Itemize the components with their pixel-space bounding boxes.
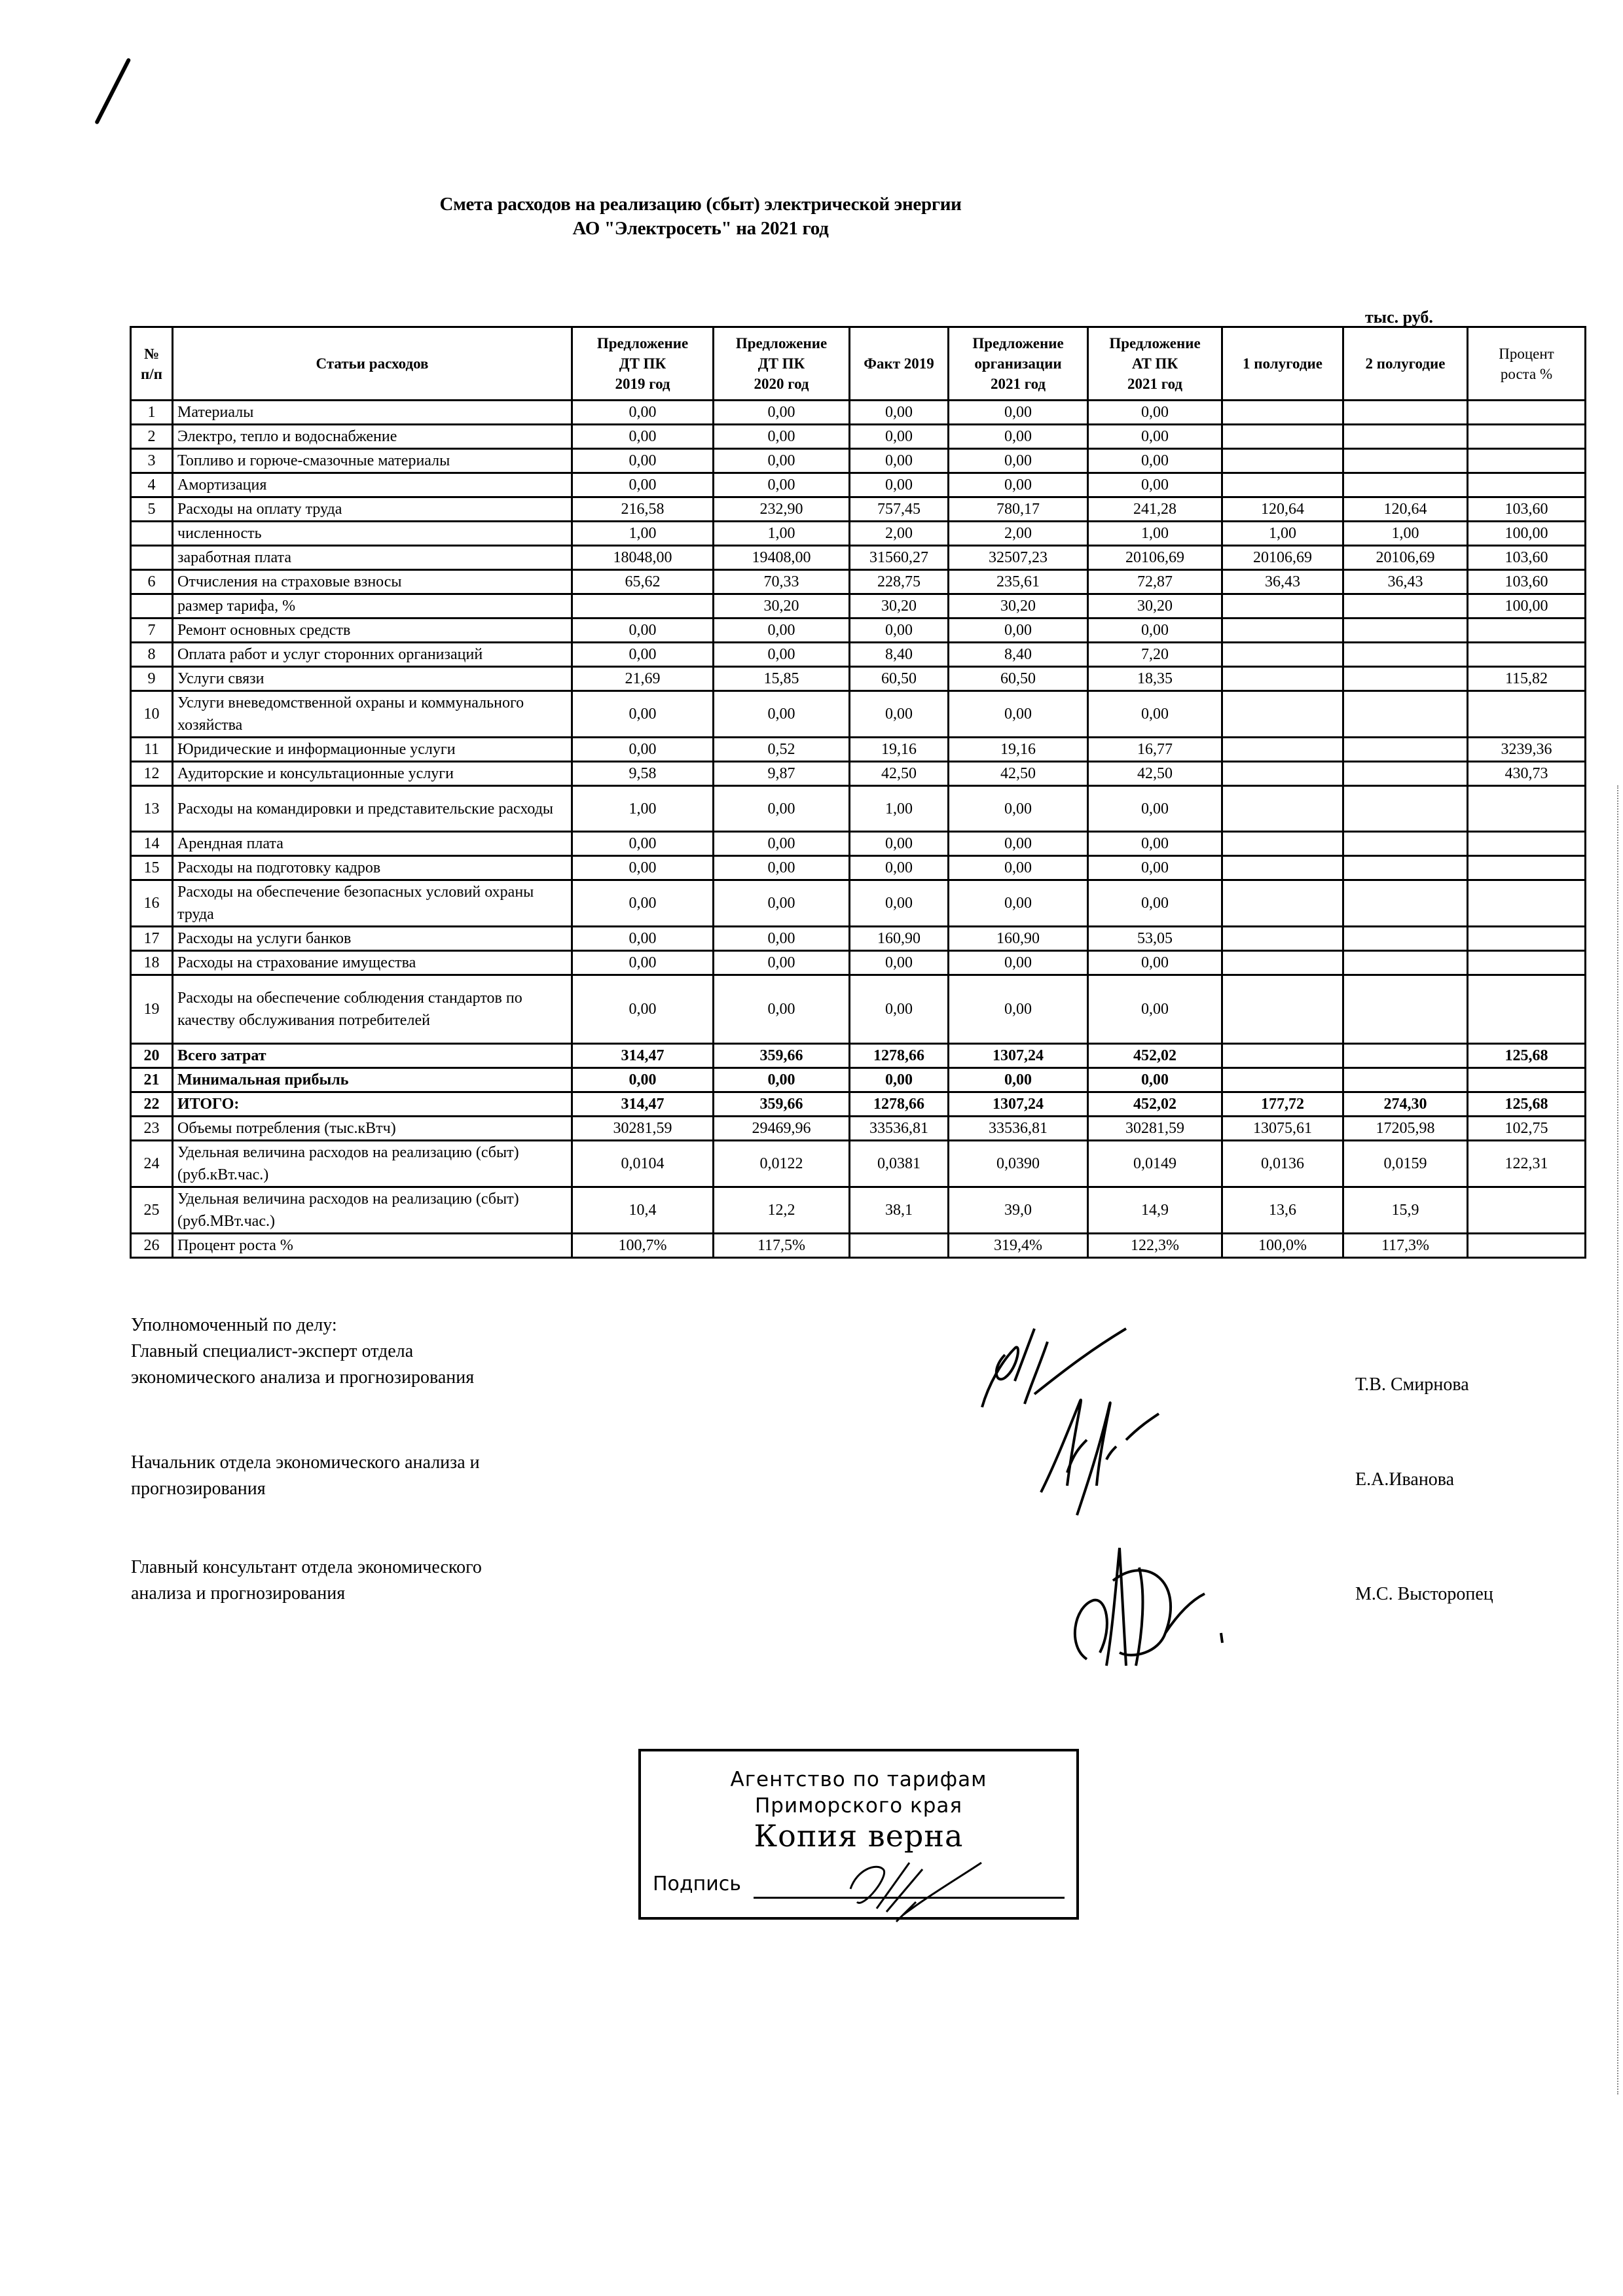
expense-item-name: Аудиторские и консультационные услуги [173,762,572,786]
cell-dt2019: 30281,59 [572,1117,714,1141]
cell-h1 [1222,975,1343,1044]
cell-org2021: 19,16 [949,738,1088,762]
row-number: 6 [131,570,173,594]
expense-item-name: Расходы на обеспечение соблюдения станда… [173,975,572,1044]
row-number: 17 [131,927,173,951]
table-row: 1Материалы0,000,000,000,000,00 [131,401,1586,425]
header-growth: Процентроста % [1468,327,1586,401]
expense-item-name: Услуги вневедомственной охраны и коммуна… [173,691,572,738]
expense-item-name: Ремонт основных средств [173,619,572,643]
cell-dt2019: 0,00 [572,951,714,975]
header-fact2019: Факт 2019 [850,327,949,401]
table-row: 25Удельная величина расходов на реализац… [131,1187,1586,1234]
cell-org2021: 0,00 [949,449,1088,473]
cell-fact2019: 1278,66 [850,1092,949,1117]
cell-growth [1468,473,1586,497]
cell-fact2019: 33536,81 [850,1117,949,1141]
expense-item-name: численность [173,522,572,546]
cell-org2021: 8,40 [949,643,1088,667]
signer-2-name: Е.А.Иванова [1355,1469,1454,1490]
cell-h1 [1222,473,1343,497]
row-number: 18 [131,951,173,975]
cell-h1 [1222,643,1343,667]
cell-fact2019: 1,00 [850,786,949,832]
cell-h2 [1343,738,1468,762]
row-number: 22 [131,1092,173,1117]
cell-h2 [1343,927,1468,951]
cell-growth: 103,60 [1468,497,1586,522]
cell-growth [1468,786,1586,832]
cell-dt2020: 117,5% [714,1234,850,1258]
cell-org2021: 160,90 [949,927,1088,951]
cell-fact2019: 228,75 [850,570,949,594]
cell-dt2019: 65,62 [572,570,714,594]
table-header-row: №п/п Статьи расходов ПредложениеДТ ПК201… [131,327,1586,401]
cell-fact2019: 0,00 [850,449,949,473]
handwritten-mark [94,58,131,125]
table-row: 11Юридические и информационные услуги0,0… [131,738,1586,762]
row-number [131,594,173,619]
cell-h2 [1343,449,1468,473]
cell-dt2020: 0,00 [714,401,850,425]
table-row: 13Расходы на командировки и представител… [131,786,1586,832]
cell-fact2019: 0,00 [850,425,949,449]
table-row: 22ИТОГО:314,47359,661278,661307,24452,02… [131,1092,1586,1117]
cell-dt2020: 0,00 [714,619,850,643]
cell-at2021: 20106,69 [1088,546,1222,570]
cell-dt2020: 0,00 [714,449,850,473]
cell-org2021: 0,00 [949,832,1088,856]
signer-2-position: Начальник отдела экономического анализа … [131,1450,480,1502]
cell-growth [1468,1187,1586,1234]
cell-h2 [1343,951,1468,975]
cell-growth: 122,31 [1468,1141,1586,1187]
cell-at2021: 241,28 [1088,497,1222,522]
row-number: 21 [131,1068,173,1092]
cell-h1: 120,64 [1222,497,1343,522]
cell-at2021: 0,00 [1088,786,1222,832]
cell-dt2020: 0,00 [714,975,850,1044]
stamp-agency-line2: Приморского края [641,1794,1076,1818]
cell-growth [1468,449,1586,473]
expense-item-name: Минимальная прибыль [173,1068,572,1092]
cell-dt2019: 0,00 [572,473,714,497]
cell-h1 [1222,619,1343,643]
cell-h2 [1343,1068,1468,1092]
table-row: 5Расходы на оплату труда216,58232,90757,… [131,497,1586,522]
document-subtitle: АО "Электросеть" на 2021 год [0,218,1401,240]
cell-fact2019: 38,1 [850,1187,949,1234]
cell-org2021: 42,50 [949,762,1088,786]
cell-dt2019: 0,00 [572,449,714,473]
header-org2021: Предложениеорганизации2021 год [949,327,1088,401]
cell-dt2019: 18048,00 [572,546,714,570]
cell-dt2020: 0,00 [714,691,850,738]
table-row: 8Оплата работ и услуг сторонних организа… [131,643,1586,667]
cell-dt2019: 1,00 [572,786,714,832]
cell-h1 [1222,1068,1343,1092]
cell-fact2019: 0,00 [850,951,949,975]
cell-dt2019: 0,00 [572,619,714,643]
cell-org2021: 33536,81 [949,1117,1088,1141]
cell-at2021: 452,02 [1088,1044,1222,1068]
row-number: 14 [131,832,173,856]
cell-h2: 1,00 [1343,522,1468,546]
table-row: 17Расходы на услуги банков0,000,00160,90… [131,927,1586,951]
cell-growth: 100,00 [1468,522,1586,546]
cell-dt2019: 1,00 [572,522,714,546]
cell-dt2020: 0,00 [714,832,850,856]
cell-fact2019: 8,40 [850,643,949,667]
cell-dt2019: 0,00 [572,927,714,951]
expense-item-name: Юридические и информационные услуги [173,738,572,762]
expense-item-name: Электро, тепло и водоснабжение [173,425,572,449]
cell-dt2020: 232,90 [714,497,850,522]
table-row: 26Процент роста %100,7%117,5%319,4%122,3… [131,1234,1586,1258]
cell-growth: 103,60 [1468,570,1586,594]
cell-dt2020: 30,20 [714,594,850,619]
cell-dt2020: 359,66 [714,1044,850,1068]
cell-fact2019: 160,90 [850,927,949,951]
stamp-copy-verified: Копия верна [641,1818,1076,1854]
cell-h2 [1343,762,1468,786]
table-row: 18Расходы на страхование имущества0,000,… [131,951,1586,975]
header-item: Статьи расходов [173,327,572,401]
cell-at2021: 0,0149 [1088,1141,1222,1187]
cell-h2 [1343,619,1468,643]
cell-dt2020: 1,00 [714,522,850,546]
cell-growth: 100,00 [1468,594,1586,619]
row-number: 2 [131,425,173,449]
cell-dt2019: 314,47 [572,1092,714,1117]
row-number [131,522,173,546]
cell-h1 [1222,856,1343,880]
cell-at2021: 42,50 [1088,762,1222,786]
expense-item-name: Топливо и горюче-смазочные материалы [173,449,572,473]
cell-h1 [1222,594,1343,619]
cell-at2021: 30281,59 [1088,1117,1222,1141]
table-row: 14Арендная плата0,000,000,000,000,00 [131,832,1586,856]
expense-item-name: Отчисления на страховые взносы [173,570,572,594]
cell-dt2020: 0,52 [714,738,850,762]
signer-3-name: М.С. Высторопец [1355,1584,1493,1605]
expense-item-name: заработная плата [173,546,572,570]
cell-dt2019: 216,58 [572,497,714,522]
estimate-table: №п/п Статьи расходов ПредложениеДТ ПК201… [130,326,1586,1259]
cell-h2 [1343,1044,1468,1068]
cell-dt2019: 0,00 [572,738,714,762]
document-title: Смета расходов на реализацию (сбыт) элек… [0,194,1401,215]
cell-dt2019: 100,7% [572,1234,714,1258]
cell-h1: 100,0% [1222,1234,1343,1258]
cell-growth [1468,880,1586,927]
cell-h2 [1343,473,1468,497]
cell-growth [1468,975,1586,1044]
cell-org2021: 0,0390 [949,1141,1088,1187]
cell-fact2019: 0,00 [850,856,949,880]
cell-dt2019: 0,00 [572,425,714,449]
cell-at2021: 0,00 [1088,401,1222,425]
cell-at2021: 0,00 [1088,449,1222,473]
cell-org2021: 0,00 [949,951,1088,975]
stamp-agency-line1: Агентство по тарифам [641,1768,1076,1791]
cell-h1 [1222,425,1343,449]
cell-at2021: 1,00 [1088,522,1222,546]
cell-org2021: 2,00 [949,522,1088,546]
cell-fact2019: 757,45 [850,497,949,522]
expense-item-name: Расходы на подготовку кадров [173,856,572,880]
cell-h2 [1343,425,1468,449]
cell-growth [1468,951,1586,975]
expense-item-name: Материалы [173,401,572,425]
cell-at2021: 72,87 [1088,570,1222,594]
cell-org2021: 1307,24 [949,1092,1088,1117]
certification-stamp: Агентство по тарифам Приморского края Ко… [638,1749,1079,1920]
cell-h2 [1343,975,1468,1044]
row-number: 24 [131,1141,173,1187]
row-number: 9 [131,667,173,691]
cell-org2021: 235,61 [949,570,1088,594]
cell-at2021: 7,20 [1088,643,1222,667]
cell-at2021: 0,00 [1088,1068,1222,1092]
cell-dt2020: 0,00 [714,951,850,975]
cell-growth [1468,425,1586,449]
cell-at2021: 0,00 [1088,975,1222,1044]
header-at2021: ПредложениеАТ ПК2021 год [1088,327,1222,401]
expense-item-name: Расходы на командировки и представительс… [173,786,572,832]
cell-org2021: 0,00 [949,856,1088,880]
header-dt2019: ПредложениеДТ ПК2019 год [572,327,714,401]
row-number: 4 [131,473,173,497]
cell-org2021: 0,00 [949,425,1088,449]
cell-growth [1468,856,1586,880]
cell-dt2019: 0,00 [572,880,714,927]
cell-h2: 15,9 [1343,1187,1468,1234]
cell-fact2019: 0,00 [850,401,949,425]
cell-growth [1468,691,1586,738]
cell-dt2020: 70,33 [714,570,850,594]
cell-h1 [1222,1044,1343,1068]
cell-org2021: 0,00 [949,619,1088,643]
cell-h2 [1343,786,1468,832]
cell-dt2020: 0,00 [714,473,850,497]
row-number: 10 [131,691,173,738]
table-row: 21Минимальная прибыль0,000,000,000,000,0… [131,1068,1586,1092]
table-row: 3Топливо и горюче-смазочные материалы0,0… [131,449,1586,473]
stamp-signature-label: Подпись [653,1873,741,1895]
cell-dt2020: 19408,00 [714,546,850,570]
cell-h1: 13,6 [1222,1187,1343,1234]
cell-growth: 125,68 [1468,1092,1586,1117]
cell-fact2019: 19,16 [850,738,949,762]
cell-h2: 120,64 [1343,497,1468,522]
table-row: 7Ремонт основных средств0,000,000,000,00… [131,619,1586,643]
cell-h1 [1222,832,1343,856]
table-row: размер тарифа, %30,2030,2030,2030,20100,… [131,594,1586,619]
expense-item-name: размер тарифа, % [173,594,572,619]
table-row: 12Аудиторские и консультационные услуги9… [131,762,1586,786]
cell-at2021: 0,00 [1088,425,1222,449]
header-no: №п/п [131,327,173,401]
expense-item-name: Расходы на страхование имущества [173,951,572,975]
expense-item-name: Оплата работ и услуг сторонних организац… [173,643,572,667]
cell-h2 [1343,856,1468,880]
cell-growth: 430,73 [1468,762,1586,786]
cell-h2 [1343,401,1468,425]
signer-3-position: Главный консультант отдела экономическог… [131,1554,482,1607]
row-number: 26 [131,1234,173,1258]
cell-org2021: 32507,23 [949,546,1088,570]
cell-at2021: 0,00 [1088,691,1222,738]
cell-growth: 3239,36 [1468,738,1586,762]
cell-h1: 36,43 [1222,570,1343,594]
cell-dt2019: 314,47 [572,1044,714,1068]
cell-growth [1468,401,1586,425]
cell-fact2019: 0,00 [850,691,949,738]
expense-item-name: Расходы на услуги банков [173,927,572,951]
cell-org2021: 0,00 [949,786,1088,832]
cell-h2: 17205,98 [1343,1117,1468,1141]
row-number [131,546,173,570]
cell-at2021: 122,3% [1088,1234,1222,1258]
cell-fact2019: 0,00 [850,1068,949,1092]
cell-dt2020: 0,00 [714,425,850,449]
expense-item-name: Процент роста % [173,1234,572,1258]
table-row: 10Услуги вневедомственной охраны и комму… [131,691,1586,738]
cell-h2: 0,0159 [1343,1141,1468,1187]
cell-dt2020: 0,00 [714,1068,850,1092]
cell-dt2020: 0,00 [714,856,850,880]
cell-h1: 1,00 [1222,522,1343,546]
cell-h1: 20106,69 [1222,546,1343,570]
row-number: 5 [131,497,173,522]
cell-h1 [1222,738,1343,762]
table-row: 19Расходы на обеспечение соблюдения стан… [131,975,1586,1044]
cell-dt2019: 0,00 [572,856,714,880]
cell-fact2019: 1278,66 [850,1044,949,1068]
cell-fact2019: 0,00 [850,832,949,856]
signer-1-position: Главный специалист-эксперт отдела эконом… [131,1338,474,1391]
expense-item-name: ИТОГО: [173,1092,572,1117]
cell-dt2020: 12,2 [714,1187,850,1234]
row-number: 13 [131,786,173,832]
cell-dt2020: 0,00 [714,643,850,667]
cell-dt2019: 0,00 [572,832,714,856]
cell-at2021: 0,00 [1088,832,1222,856]
cell-h2 [1343,832,1468,856]
cell-h1 [1222,927,1343,951]
expense-item-name: Удельная величина расходов на реализацию… [173,1141,572,1187]
cell-h2 [1343,643,1468,667]
cell-at2021: 53,05 [1088,927,1222,951]
cell-at2021: 0,00 [1088,856,1222,880]
cell-at2021: 14,9 [1088,1187,1222,1234]
cell-at2021: 0,00 [1088,619,1222,643]
table-row: 16Расходы на обеспечение безопасных усло… [131,880,1586,927]
cell-at2021: 0,00 [1088,880,1222,927]
cell-org2021: 780,17 [949,497,1088,522]
cell-at2021: 30,20 [1088,594,1222,619]
cell-dt2019: 21,69 [572,667,714,691]
signer-1-name: Т.В. Смирнова [1355,1374,1469,1395]
table-row: 24Удельная величина расходов на реализац… [131,1141,1586,1187]
cell-growth [1468,1068,1586,1092]
cell-dt2020: 0,0122 [714,1141,850,1187]
cell-growth [1468,1234,1586,1258]
cell-growth [1468,619,1586,643]
cell-h1 [1222,401,1343,425]
cell-growth: 103,60 [1468,546,1586,570]
table-row: 6Отчисления на страховые взносы65,6270,3… [131,570,1586,594]
expense-item-name: Всего затрат [173,1044,572,1068]
cell-org2021: 60,50 [949,667,1088,691]
cell-fact2019: 31560,27 [850,546,949,570]
units-label: тыс. руб. [1365,308,1433,327]
cell-dt2019: 0,00 [572,691,714,738]
cell-dt2020: 0,00 [714,880,850,927]
expense-item-name: Расходы на обеспечение безопасных услови… [173,880,572,927]
table-row: 4Амортизация0,000,000,000,000,00 [131,473,1586,497]
cell-h1 [1222,786,1343,832]
cell-at2021: 18,35 [1088,667,1222,691]
header-dt2020: ПредложениеДТ ПК2020 год [714,327,850,401]
cell-h2 [1343,594,1468,619]
cell-h1 [1222,667,1343,691]
expense-item-name: Расходы на оплату труда [173,497,572,522]
cell-fact2019: 42,50 [850,762,949,786]
cell-h1: 13075,61 [1222,1117,1343,1141]
cell-fact2019: 60,50 [850,667,949,691]
cell-dt2019: 0,00 [572,401,714,425]
cell-org2021: 0,00 [949,401,1088,425]
cell-fact2019: 0,00 [850,619,949,643]
cell-dt2019: 0,00 [572,643,714,667]
table-row: 20Всего затрат314,47359,661278,661307,24… [131,1044,1586,1068]
cell-h2 [1343,667,1468,691]
cell-h1 [1222,691,1343,738]
row-number: 3 [131,449,173,473]
cell-fact2019: 2,00 [850,522,949,546]
cell-at2021: 16,77 [1088,738,1222,762]
cell-at2021: 0,00 [1088,951,1222,975]
cell-org2021: 39,0 [949,1187,1088,1234]
scan-edge-mark [1617,785,1620,2094]
cell-at2021: 452,02 [1088,1092,1222,1117]
cell-fact2019: 0,0381 [850,1141,949,1187]
row-number: 8 [131,643,173,667]
cell-growth [1468,643,1586,667]
cell-fact2019: 30,20 [850,594,949,619]
cell-dt2019: 0,00 [572,975,714,1044]
cell-growth: 125,68 [1468,1044,1586,1068]
cell-growth [1468,832,1586,856]
cell-h2: 36,43 [1343,570,1468,594]
expense-item-name: Услуги связи [173,667,572,691]
row-number: 7 [131,619,173,643]
cell-growth: 102,75 [1468,1117,1586,1141]
cell-dt2020: 9,87 [714,762,850,786]
cell-dt2019: 0,00 [572,1068,714,1092]
cell-dt2020: 0,00 [714,786,850,832]
cell-h2: 20106,69 [1343,546,1468,570]
cell-dt2020: 359,66 [714,1092,850,1117]
cell-dt2019: 0,0104 [572,1141,714,1187]
cell-at2021: 0,00 [1088,473,1222,497]
cell-fact2019: 0,00 [850,473,949,497]
expense-item-name: Амортизация [173,473,572,497]
row-number: 1 [131,401,173,425]
table-row: численность1,001,002,002,001,001,001,001… [131,522,1586,546]
